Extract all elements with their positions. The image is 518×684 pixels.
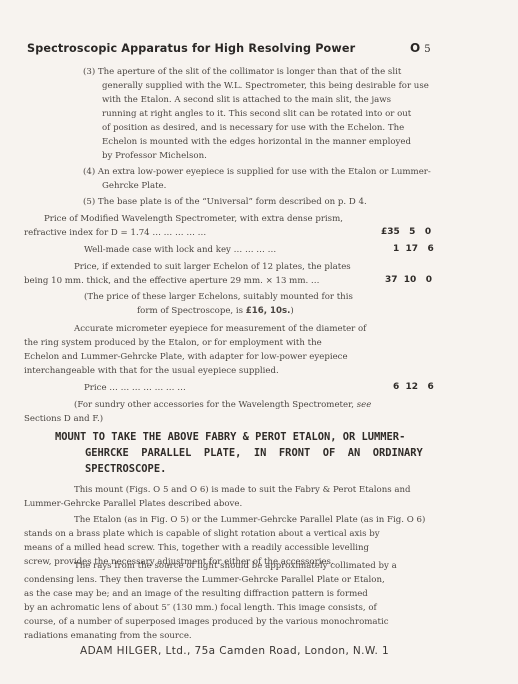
catalogue-page: Spectroscopic Apparatus for High Resolvi… <box>0 0 518 684</box>
item-3-line: of position as desired, and is necessary… <box>102 121 404 135</box>
mount-section-heading: MOUNT TO TAKE THE ABOVE FABRY & PEROT ET… <box>55 430 405 444</box>
item-3-line: Echelon is mounted with the edges horizo… <box>102 135 411 149</box>
micrometer-line: Echelon and Lummer-Gehrcke Plate, with a… <box>24 350 348 364</box>
micrometer-line: Accurate micrometer eyepiece for measure… <box>74 322 366 336</box>
mount-para-line: means of a milled head screw. This, toge… <box>24 541 369 555</box>
mount-para-line: The rays from the source of light should… <box>74 559 397 573</box>
section-letter: O <box>410 41 420 55</box>
publisher-imprint: ADAM HILGER, Ltd., 75a Camden Road, Lond… <box>80 645 389 657</box>
micrometer-line: the ring system produced by the Etalon, … <box>24 336 322 350</box>
mount-para-line: by an achromatic lens of about 5″ (130 m… <box>24 601 377 615</box>
mount-para-line: radiations emanating from the source. <box>24 629 192 643</box>
mount-para-line: condensing lens. They then traverse the … <box>24 573 385 587</box>
extended-price-line: Price, if extended to suit larger Echelo… <box>74 260 351 274</box>
spectrometer-price-line: refractive index for D = 1.74 … … … … … <box>24 226 206 240</box>
mount-para-line: as the case may be; and an image of the … <box>24 587 368 601</box>
page-number: 5 <box>424 44 430 55</box>
item-5-line: (5) The base plate is of the “Universal”… <box>83 195 367 209</box>
spectrometer-price-amount: £35 5 0 <box>381 227 431 237</box>
item-3-line: generally supplied with the W.L. Spectro… <box>102 79 429 93</box>
spectrometer-price-line: Price of Modified Wavelength Spectromete… <box>44 212 343 226</box>
mount-para-line: The Etalon (as in Fig. O 5) or the Lumme… <box>74 513 425 527</box>
mount-para-line: stands on a brass plate which is capable… <box>24 527 380 541</box>
echelon-note-line: (The price of these larger Echelons, sui… <box>84 290 353 304</box>
sundry-note-line: Sections D and F.) <box>24 412 103 426</box>
case-price-line: Well-made case with lock and key … … … … <box>84 243 276 257</box>
case-price-amount: 1 17 6 <box>393 244 434 254</box>
mount-section-heading: SPECTROSCOPE. <box>85 462 166 476</box>
micrometer-line: interchangeable with that for the usual … <box>24 364 279 378</box>
item-3-line: running at right angles to it. This seco… <box>102 107 411 121</box>
item-3-line: by Professor Michelson. <box>102 149 207 163</box>
micrometer-price-amount: 6 12 6 <box>393 382 434 392</box>
extended-price-amount: 37 10 0 <box>385 275 432 285</box>
echelon-note-line: form of Spectroscope, is £16, 10s.) <box>137 304 294 318</box>
item-3-line: (3) The aperture of the slit of the coll… <box>83 65 401 79</box>
item-4-line: (4) An extra low-power eyepiece is suppl… <box>83 165 431 179</box>
mount-para-line: course, of a number of superposed images… <box>24 615 389 629</box>
mount-para-line: Lummer-Gehrcke Parallel Plates described… <box>24 497 242 511</box>
mount-para-line: This mount (Figs. O 5 and O 6) is made t… <box>74 483 411 497</box>
micrometer-price-label: Price … … … … … … … <box>84 381 186 395</box>
item-4-line: Gehrcke Plate. <box>102 179 166 193</box>
echelon-note-price: £16, 10s. <box>246 306 291 316</box>
mount-section-heading: GEHRCKE PARALLEL PLATE, IN FRONT OF AN O… <box>85 446 423 460</box>
page-folio: O5 <box>410 41 431 55</box>
sundry-note-line: (For sundry other accessories for the Wa… <box>74 398 371 412</box>
running-title: Spectroscopic Apparatus for High Resolvi… <box>27 42 407 55</box>
extended-price-line: being 10 mm. thick, and the effective ap… <box>24 274 320 288</box>
item-3-line: with the Etalon. A second slit is attach… <box>102 93 391 107</box>
